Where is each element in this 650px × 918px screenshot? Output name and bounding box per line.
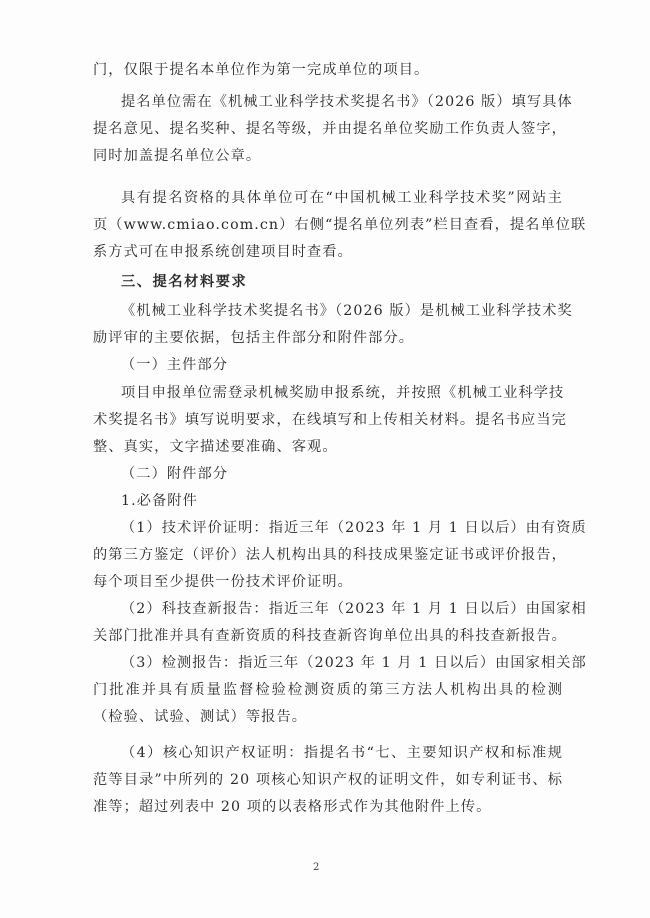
text-line: （2）科技查新报告：指近三年（2023 年 1 月 1 日以后）由国家相 <box>121 599 563 619</box>
document-page: 门，仅限于提名本单位作为第一完成单位的项目。提名单位需在《机械工业科学技术奖提名… <box>0 0 650 918</box>
text-line: （一）主件部分 <box>121 355 563 375</box>
page-number: 2 <box>313 862 319 873</box>
text-line: 提名单位需在《机械工业科学技术奖提名书》（2026 版）填写具体 <box>121 92 563 112</box>
text-line: （3）检测报告：指近三年（2023 年 1 月 1 日以后）由国家相关部 <box>121 653 563 673</box>
text-line: 关部门批准并具有查新资质的科技查新咨询单位出具的科技查新报告。 <box>93 626 563 646</box>
text-line: （4）核心知识产权证明：指提名书“七、主要知识产权和标准规 <box>121 743 563 763</box>
text-line: 术奖提名书》填写说明要求，在线填写和上传相关材料。提名书应当完 <box>93 410 563 430</box>
text-line: 系方式可在申报系统创建项目时查看。 <box>93 242 563 262</box>
text-line: 1.必备附件 <box>121 491 563 511</box>
text-line: 具有提名资格的具体单位可在“中国机械工业科学技术奖”网站主 <box>121 188 563 208</box>
text-line: 门批准并具有质量监督检验检测资质的第三方法人机构出具的检测 <box>93 680 563 700</box>
text-line: 门，仅限于提名本单位作为第一完成单位的项目。 <box>93 60 563 80</box>
text-line: 每个项目至少提供一份技术评价证明。 <box>93 572 563 592</box>
text-line: 同时加盖提名单位公章。 <box>93 146 563 166</box>
text-line: 的第三方鉴定（评价）法人机构出具的科技成果鉴定证书或评价报告， <box>93 545 563 565</box>
text-line: （1）技术评价证明：指近三年（2023 年 1 月 1 日以后）由有资质 <box>121 518 563 538</box>
text-line: 准等；超过列表中 20 项的以表格形式作为其他附件上传。 <box>93 797 563 817</box>
section-heading: 三、提名材料要求 <box>121 272 563 292</box>
text-line: 整、真实，文字描述要准确、客观。 <box>93 437 563 457</box>
text-line: 范等目录”中所列的 20 项核心知识产权的证明文件，如专利证书、标 <box>93 770 563 790</box>
text-line: 励评审的主要依据，包括主件部分和附件部分。 <box>93 328 563 348</box>
text-line: 项目申报单位需登录机械奖励申报系统，并按照《机械工业科学技 <box>121 383 563 403</box>
text-line: 提名意见、提名奖种、提名等级，并由提名单位奖励工作负责人签字， <box>93 119 563 139</box>
text-line: （检验、试验、测试）等报告。 <box>93 707 563 727</box>
text-line: 《机械工业科学技术奖提名书》（2026 版）是机械工业科学技术奖 <box>121 301 563 321</box>
text-line: 页（www.cmiao.com.cn）右侧“提名单位列表”栏目查看，提名单位联 <box>93 215 563 235</box>
text-line: （二）附件部分 <box>121 464 563 484</box>
